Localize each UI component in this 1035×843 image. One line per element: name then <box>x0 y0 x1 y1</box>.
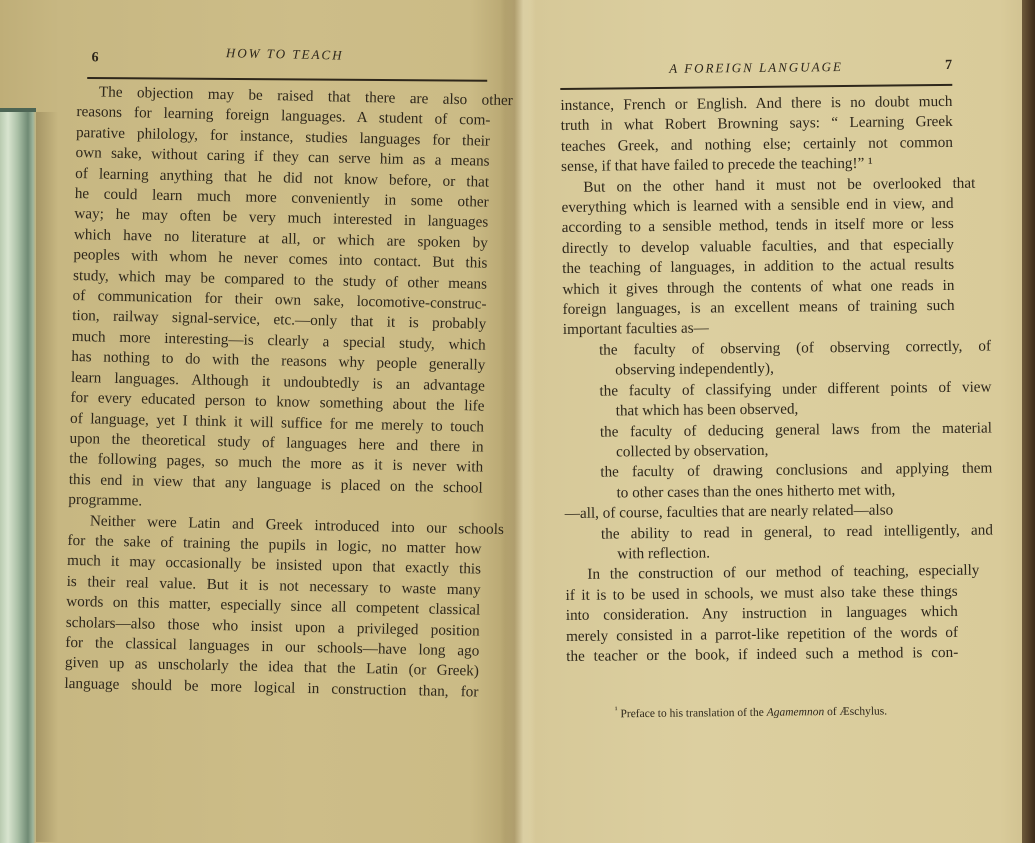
footnote-text: Preface to his translation of the <box>617 707 766 721</box>
book-gutter <box>500 0 536 843</box>
book-cover-edge <box>1022 0 1035 843</box>
right-page-body: instance, French or English. And there i… <box>560 92 958 667</box>
right-page-header: A FOREIGN LANGUAGE 7 <box>560 56 952 88</box>
glass-page-weight <box>0 108 36 843</box>
footnote-text-end: of Æschylus. <box>824 706 887 719</box>
header-rule <box>87 77 487 82</box>
left-page-body: The objection may be raised that there a… <box>64 82 491 703</box>
text-line: the teacher or the book, if indeed such … <box>566 643 958 668</box>
left-page: 6 HOW TO TEACH The objection may be rais… <box>64 40 492 703</box>
footnote-title: Agamemnon <box>767 706 825 719</box>
running-head: A FOREIGN LANGUAGE <box>560 58 952 78</box>
glass-weight-shadow <box>36 112 58 842</box>
page-number: 7 <box>945 58 952 74</box>
right-page: A FOREIGN LANGUAGE 7 instance, French or… <box>560 56 959 721</box>
